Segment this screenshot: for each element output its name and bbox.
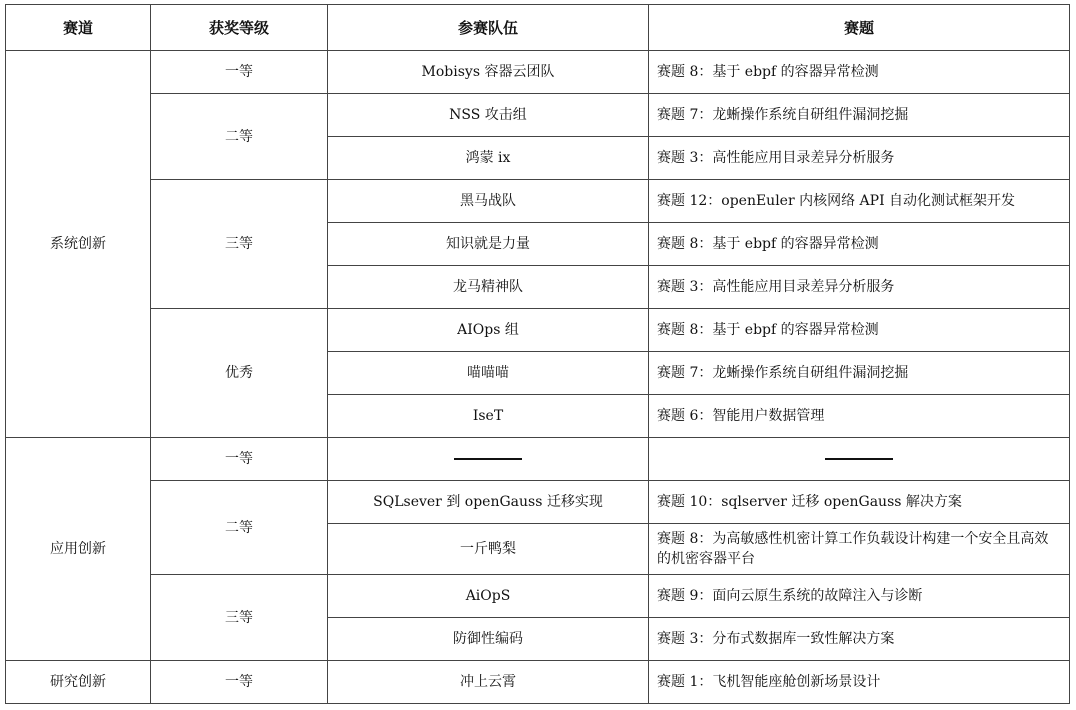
team-cell: Mobisys 容器云团队 — [328, 51, 649, 94]
team-cell: AiOpS — [328, 575, 649, 618]
team-cell: 冲上云霄 — [328, 661, 649, 704]
dash-placeholder — [825, 458, 893, 460]
topic-cell: 赛题 8：为高敏感性机密计算工作负载设计构建一个安全且高效的机密容器平台 — [649, 524, 1070, 575]
level-cell: 二等 — [151, 94, 328, 180]
level-cell: 优秀 — [151, 309, 328, 438]
level-cell: 二等 — [151, 481, 328, 575]
table-row: 研究创新 一等 冲上云霄 赛题 1：飞机智能座舱创新场景设计 — [6, 661, 1070, 704]
topic-cell: 赛题 8：基于 ebpf 的容器异常检测 — [649, 51, 1070, 94]
track-cell: 应用创新 — [6, 438, 151, 661]
table-row: 系统创新 一等 Mobisys 容器云团队 赛题 8：基于 ebpf 的容器异常… — [6, 51, 1070, 94]
topic-cell-empty — [649, 438, 1070, 481]
header-track: 赛道 — [6, 5, 151, 51]
team-cell: 防御性编码 — [328, 618, 649, 661]
topic-cell: 赛题 1：飞机智能座舱创新场景设计 — [649, 661, 1070, 704]
team-cell: AIOps 组 — [328, 309, 649, 352]
header-row: 赛道 获奖等级 参赛队伍 赛题 — [6, 5, 1070, 51]
table-row: 三等 黑马战队 赛题 12：openEuler 内核网络 API 自动化测试框架… — [6, 180, 1070, 223]
topic-cell: 赛题 7：龙蜥操作系统自研组件漏洞挖掘 — [649, 352, 1070, 395]
team-cell: 喵喵喵 — [328, 352, 649, 395]
track-cell: 系统创新 — [6, 51, 151, 438]
topic-cell: 赛题 6：智能用户数据管理 — [649, 395, 1070, 438]
topic-cell: 赛题 7：龙蜥操作系统自研组件漏洞挖掘 — [649, 94, 1070, 137]
table-row: 二等 NSS 攻击组 赛题 7：龙蜥操作系统自研组件漏洞挖掘 — [6, 94, 1070, 137]
team-cell: NSS 攻击组 — [328, 94, 649, 137]
team-cell-empty — [328, 438, 649, 481]
level-cell: 一等 — [151, 51, 328, 94]
team-cell: 龙马精神队 — [328, 266, 649, 309]
header-topic: 赛题 — [649, 5, 1070, 51]
level-cell: 三等 — [151, 180, 328, 309]
track-cell: 研究创新 — [6, 661, 151, 704]
level-cell: 一等 — [151, 661, 328, 704]
table-row: 应用创新 一等 — [6, 438, 1070, 481]
team-cell: 鸿蒙 ix — [328, 137, 649, 180]
topic-cell: 赛题 8：基于 ebpf 的容器异常检测 — [649, 309, 1070, 352]
topic-cell: 赛题 3：分布式数据库一致性解决方案 — [649, 618, 1070, 661]
awards-table: 赛道 获奖等级 参赛队伍 赛题 系统创新 一等 Mobisys 容器云团队 赛题… — [5, 4, 1070, 704]
team-cell: SQLsever 到 openGauss 迁移实现 — [328, 481, 649, 524]
header-award-level: 获奖等级 — [151, 5, 328, 51]
topic-cell: 赛题 8：基于 ebpf 的容器异常检测 — [649, 223, 1070, 266]
topic-cell: 赛题 10：sqlserver 迁移 openGauss 解决方案 — [649, 481, 1070, 524]
level-cell: 三等 — [151, 575, 328, 661]
table-row: 优秀 AIOps 组 赛题 8：基于 ebpf 的容器异常检测 — [6, 309, 1070, 352]
team-cell: 一斤鸭梨 — [328, 524, 649, 575]
team-cell: 知识就是力量 — [328, 223, 649, 266]
header-team: 参赛队伍 — [328, 5, 649, 51]
topic-cell: 赛题 9：面向云原生系统的故障注入与诊断 — [649, 575, 1070, 618]
topic-cell: 赛题 3：高性能应用目录差异分析服务 — [649, 137, 1070, 180]
dash-placeholder — [454, 458, 522, 460]
team-cell: IseT — [328, 395, 649, 438]
topic-cell: 赛题 3：高性能应用目录差异分析服务 — [649, 266, 1070, 309]
level-cell: 一等 — [151, 438, 328, 481]
table-row: 二等 SQLsever 到 openGauss 迁移实现 赛题 10：sqlse… — [6, 481, 1070, 524]
topic-cell: 赛题 12：openEuler 内核网络 API 自动化测试框架开发 — [649, 180, 1070, 223]
table-row: 三等 AiOpS 赛题 9：面向云原生系统的故障注入与诊断 — [6, 575, 1070, 618]
team-cell: 黑马战队 — [328, 180, 649, 223]
